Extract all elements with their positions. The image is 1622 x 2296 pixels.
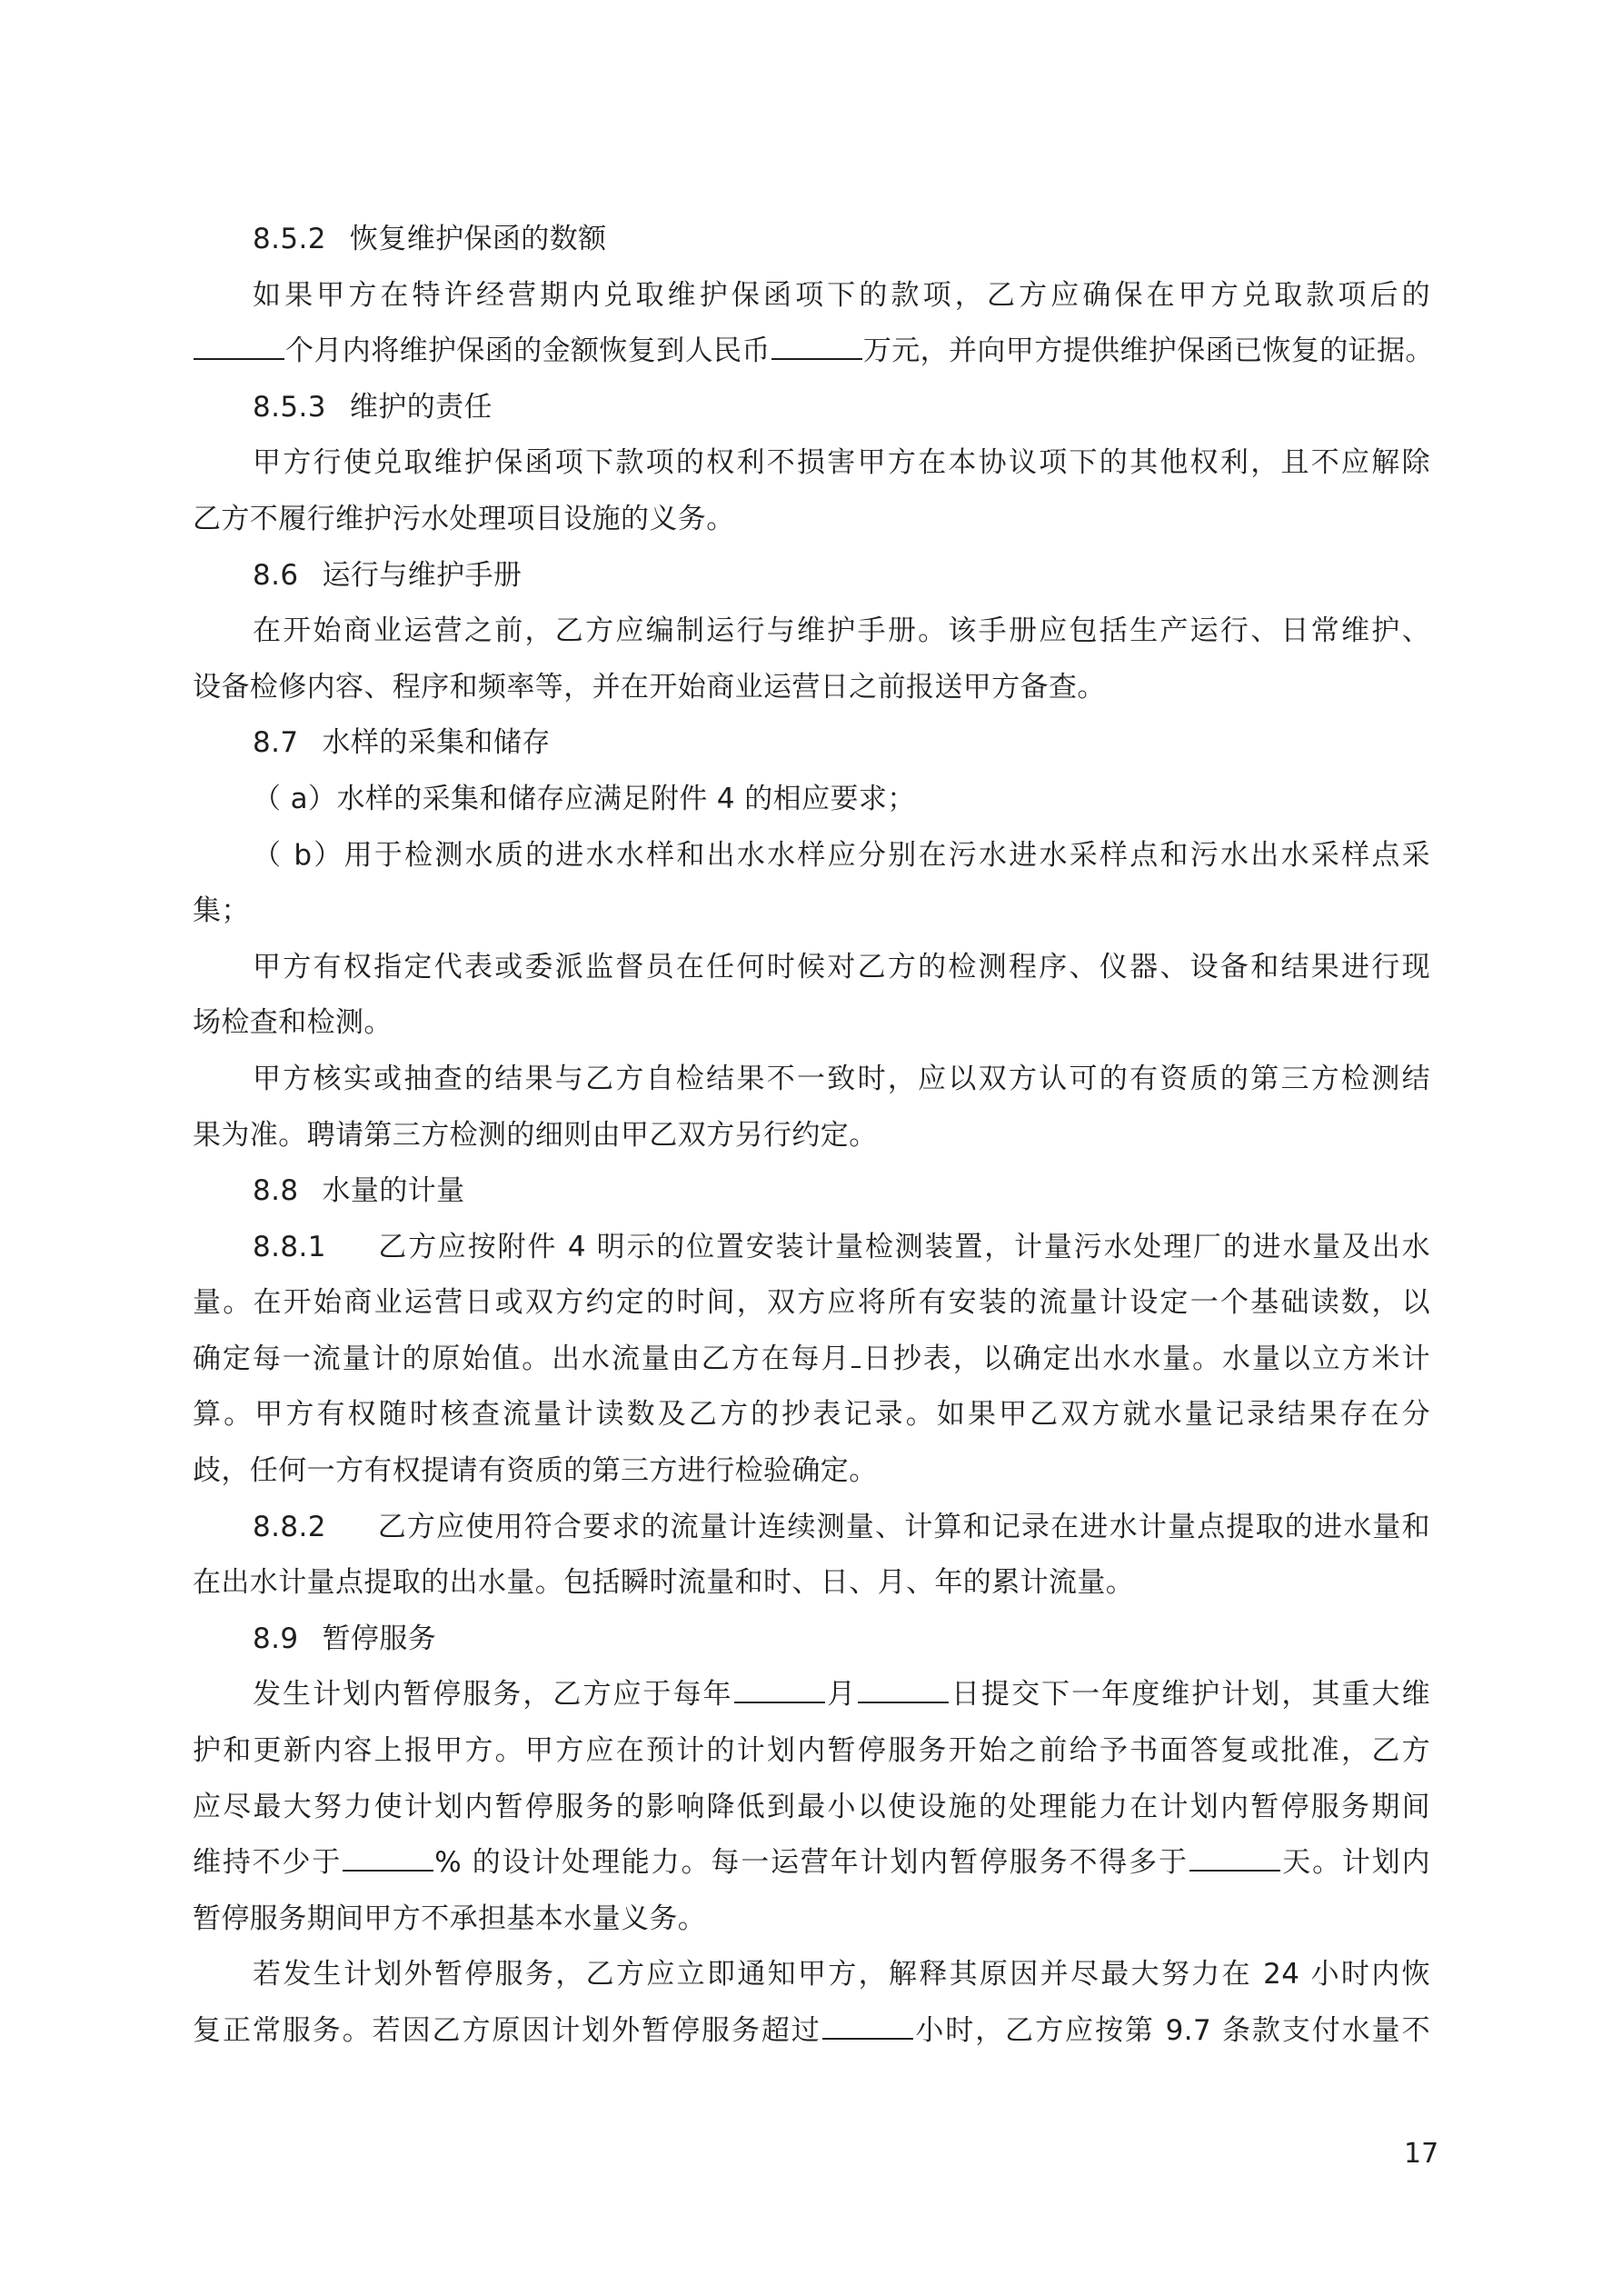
paragraph-line: 量。在开始商业运营日或双方约定的时间，双方应将所有安装的流量计设定一个基础读数，… xyxy=(193,1275,1430,1332)
paragraph-line: 确定每一流量计的原始值。出水流量由乙方在每月日抄表，以确定出水水量。水量以立方米… xyxy=(193,1332,1430,1388)
paragraph-line: 甲方有权指定代表或委派监督员在任何时候对乙方的检测程序、仪器、设备和结果进行现 xyxy=(193,940,1430,996)
paragraph-line: 应尽最大努力使计划内暂停服务的影响降低到最小以使设施的处理能力在计划内暂停服务期… xyxy=(193,1780,1430,1836)
section-heading-8-7: 8.7水样的采集和储存 xyxy=(193,715,1430,772)
text: 应尽最大努力使计划内暂停服务的影响降低到最小以使设施的处理能力在计划内暂停服务期… xyxy=(193,1791,1430,1823)
paragraph-line: 甲方行使兑取维护保函项下款项的权利不损害甲方在本协议项下的其他权利，且不应解除 xyxy=(193,435,1430,492)
section-number: 8.5.3 xyxy=(253,380,326,436)
paragraph-line: 发生计划内暂停服务，乙方应于每年月日提交下一年度维护计划，其重大维 xyxy=(193,1667,1430,1723)
text: 如果甲方在特许经营期内兑取维护保函项下的款项，乙方应确保在甲方兑取款项后的 xyxy=(253,279,1430,312)
fill-in-blank-amount xyxy=(771,331,862,360)
subsection-8-8-2: 8.8.2乙方应使用符合要求的流量计连续测量、计算和记录在进水计量点提取的进水量… xyxy=(193,1500,1430,1556)
fill-in-blank-day xyxy=(851,1339,861,1368)
text: 乙方应按附件 4 明示的位置安装计量检测装置，计量污水处理厂的进水量及出水 xyxy=(377,1231,1430,1263)
page-number: 17 xyxy=(1404,2138,1438,2170)
text: 个月内将维护保函的金额恢复到人民币 xyxy=(285,334,771,367)
section-number: 8.8.2 xyxy=(253,1500,326,1556)
document-body: 8.5.2恢复维护保函的数额 如果甲方在特许经营期内兑取维护保函项下的款项，乙方… xyxy=(193,212,1430,2060)
fill-in-blank-month xyxy=(734,1674,825,1703)
paragraph-line: 在开始商业运营之前，乙方应编制运行与维护手册。该手册应包括生产运行、日常维护、 xyxy=(193,604,1430,660)
paragraph-line: 乙方不履行维护污水处理项目设施的义务。 xyxy=(193,492,1430,548)
fill-in-blank-day xyxy=(858,1674,949,1703)
text: 甲方行使兑取维护保函项下款项的权利不损害甲方在本协议项下的其他权利，且不应解除 xyxy=(253,446,1430,479)
text: 复正常服务。若因乙方原因计划外暂停服务超过 xyxy=(193,2014,821,2047)
text: 果为准。聘请第三方检测的细则由甲乙双方另行约定。 xyxy=(193,1119,878,1152)
section-title: 水量的计量 xyxy=(323,1174,465,1207)
text: 在出水计量点提取的出水量。包括瞬时流量和时、日、月、年的累计流量。 xyxy=(193,1566,1134,1599)
paragraph-line: 集； xyxy=(193,883,1430,940)
paragraph-line: 若发生计划外暂停服务，乙方应立即通知甲方，解释其原因并尽最大努力在 24 小时内… xyxy=(193,1947,1430,2003)
paragraph-line: 暂停服务期间甲方不承担基本水量义务。 xyxy=(193,1892,1430,1948)
paragraph-line: 维持不少于% 的设计处理能力。每一运营年计划内暂停服务不得多于天。计划内 xyxy=(193,1835,1430,1892)
text: % 的设计处理能力。每一运营年计划内暂停服务不得多于 xyxy=(434,1846,1189,1879)
subsection-8-8-1: 8.8.1乙方应按附件 4 明示的位置安装计量检测装置，计量污水处理厂的进水量及… xyxy=(193,1220,1430,1276)
text: 万元，并向甲方提供维护保函已恢复的证据。 xyxy=(863,334,1434,367)
section-title: 运行与维护手册 xyxy=(323,559,522,592)
list-item-b: （ b）用于检测水质的进水水样和出水水样应分别在污水进水采样点和污水出水采样点采 xyxy=(193,828,1430,884)
text: 设备检修内容、程序和频率等，并在开始商业运营日之前报送甲方备查。 xyxy=(193,671,1106,704)
paragraph-line: 果为准。聘请第三方检测的细则由甲乙双方另行约定。 xyxy=(193,1108,1430,1164)
section-title: 水样的采集和储存 xyxy=(323,726,551,759)
section-heading-8-6: 8.6运行与维护手册 xyxy=(193,548,1430,604)
section-title: 维护的责任 xyxy=(350,391,493,424)
paragraph-line: 护和更新内容上报甲方。甲方应在预计的计划内暂停服务开始之前给予书面答复或批准，乙… xyxy=(193,1723,1430,1780)
text: 在开始商业运营之前，乙方应编制运行与维护手册。该手册应包括生产运行、日常维护、 xyxy=(253,614,1430,647)
paragraph-line: 场检查和检测。 xyxy=(193,995,1430,1052)
fill-in-blank-months xyxy=(194,331,284,360)
text: 甲方核实或抽查的结果与乙方自检结果不一致时，应以双方认可的有资质的第三方检测结 xyxy=(253,1063,1430,1095)
text: 护和更新内容上报甲方。甲方应在预计的计划内暂停服务开始之前给予书面答复或批准，乙… xyxy=(193,1734,1430,1767)
text: 乙方不履行维护污水处理项目设施的义务。 xyxy=(193,503,735,535)
paragraph-line: 在出水计量点提取的出水量。包括瞬时流量和时、日、月、年的累计流量。 xyxy=(193,1555,1430,1612)
section-number: 8.9 xyxy=(253,1612,299,1668)
text: 若发生计划外暂停服务，乙方应立即通知甲方，解释其原因并尽最大努力在 24 小时内… xyxy=(253,1958,1430,1991)
text: 歧，任何一方有权提请有资质的第三方进行检验确定。 xyxy=(193,1454,878,1487)
text: 发生计划内暂停服务，乙方应于每年 xyxy=(253,1678,733,1711)
paragraph-line: 设备检修内容、程序和频率等，并在开始商业运营日之前报送甲方备查。 xyxy=(193,660,1430,716)
text: 小时，乙方应按第 9.7 条款支付水量不 xyxy=(914,2014,1430,2047)
section-number: 8.7 xyxy=(253,715,299,772)
fill-in-blank-percent xyxy=(343,1842,433,1872)
text: 维持不少于 xyxy=(193,1846,342,1879)
section-heading-8-5-2: 8.5.2恢复维护保函的数额 xyxy=(193,212,1430,268)
paragraph-line: 如果甲方在特许经营期内兑取维护保函项下的款项，乙方应确保在甲方兑取款项后的 xyxy=(193,268,1430,324)
section-number: 8.8 xyxy=(253,1163,299,1220)
section-title: 恢复维护保函的数额 xyxy=(350,223,607,255)
text: 月 xyxy=(826,1678,858,1711)
fill-in-blank-days xyxy=(1189,1842,1280,1872)
paragraph-line: 复正常服务。若因乙方原因计划外暂停服务超过小时，乙方应按第 9.7 条款支付水量… xyxy=(193,2003,1430,2060)
text: 量。在开始商业运营日或双方约定的时间，双方应将所有安装的流量计设定一个基础读数，… xyxy=(193,1286,1430,1319)
section-number: 8.5.2 xyxy=(253,212,326,268)
text: 算。甲方有权随时核查流量计读数及乙方的抄表记录。如果甲乙双方就水量记录结果存在分 xyxy=(193,1398,1430,1431)
text: 暂停服务期间甲方不承担基本水量义务。 xyxy=(193,1902,706,1935)
section-heading-8-8: 8.8水量的计量 xyxy=(193,1163,1430,1220)
paragraph-line: 歧，任何一方有权提请有资质的第三方进行检验确定。 xyxy=(193,1443,1430,1500)
text: （ b）用于检测水质的进水水样和出水水样应分别在污水进水采样点和污水出水采样点采 xyxy=(253,839,1430,872)
text: 场检查和检测。 xyxy=(193,1006,393,1039)
section-number: 8.6 xyxy=(253,548,299,604)
section-heading-8-5-3: 8.5.3维护的责任 xyxy=(193,380,1430,436)
list-item-a: （ a）水样的采集和储存应满足附件 4 的相应要求； xyxy=(193,772,1430,828)
paragraph-line: 甲方核实或抽查的结果与乙方自检结果不一致时，应以双方认可的有资质的第三方检测结 xyxy=(193,1052,1430,1108)
text: （ a）水样的采集和储存应满足附件 4 的相应要求； xyxy=(253,783,916,815)
paragraph-line: 算。甲方有权随时核查流量计读数及乙方的抄表记录。如果甲乙双方就水量记录结果存在分 xyxy=(193,1387,1430,1443)
text: 确定每一流量计的原始值。出水流量由乙方在每月 xyxy=(193,1343,851,1375)
text: 甲方有权指定代表或委派监督员在任何时候对乙方的检测程序、仪器、设备和结果进行现 xyxy=(253,951,1430,983)
text: 集； xyxy=(193,894,250,927)
text: 日提交下一年度维护计划，其重大维 xyxy=(950,1678,1430,1711)
section-title: 暂停服务 xyxy=(323,1622,437,1655)
text: 日抄表，以确定出水水量。水量以立方米计 xyxy=(861,1343,1430,1375)
section-number: 8.8.1 xyxy=(253,1220,326,1276)
text: 乙方应使用符合要求的流量计连续测量、计算和记录在进水计量点提取的进水量和 xyxy=(377,1511,1430,1543)
fill-in-blank-hours xyxy=(822,2011,913,2040)
paragraph-line: 个月内将维护保函的金额恢复到人民币万元，并向甲方提供维护保函已恢复的证据。 xyxy=(193,324,1430,380)
section-heading-8-9: 8.9暂停服务 xyxy=(193,1612,1430,1668)
text: 天。计划内 xyxy=(1281,1846,1430,1879)
document-page: 8.5.2恢复维护保函的数额 如果甲方在特许经营期内兑取维护保函项下的款项，乙方… xyxy=(0,0,1622,2296)
